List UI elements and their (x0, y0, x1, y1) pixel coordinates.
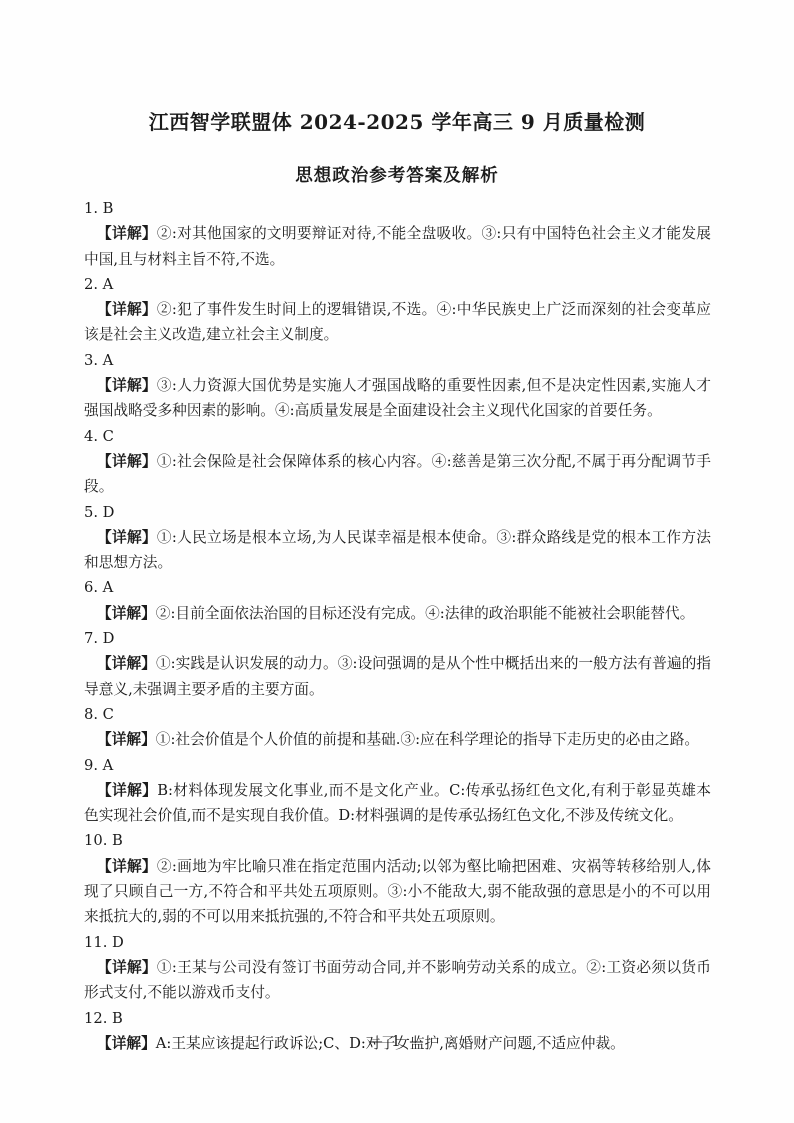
detail-text: ①:人民立场是根本立场,为人民谋幸福是根本使命。③:群众路线是党的根本工作方法和… (84, 529, 711, 571)
document-title: 江西智学联盟体 2024-2025 学年高三 9 月质量检测 (0, 106, 794, 135)
detail-text: ①:社会价值是个人价值的前提和基础.③:应在科学理论的指导下走历史的必由之路。 (156, 731, 699, 748)
explanation: 【详解】②:目前全面依法治国的目标还没有完成。④:法律的政治职能不能被社会职能替… (84, 601, 711, 626)
explanation: 【详解】①:社会价值是个人价值的前提和基础.③:应在科学理论的指导下走历史的必由… (84, 727, 711, 752)
detail-text: ②:犯了事件发生时间上的逻辑错误,不选。④:中华民族史上广泛而深刻的社会变革应该… (84, 301, 711, 343)
answer-number: 11. D (84, 930, 711, 955)
answer-item-5: 5. D 【详解】①:人民立场是根本立场,为人民谋幸福是根本使命。③:群众路线是… (84, 500, 711, 576)
detail-label: 【详解】 (97, 529, 157, 546)
answer-item-9: 9. A 【详解】B:材料体现发展文化事业,而不是文化产业。C:传承弘扬红色文化… (84, 753, 711, 829)
detail-text: ①:实践是认识发展的动力。③:设问强调的是从个性中概括出来的一般方法有普遍的指导… (84, 655, 711, 697)
detail-label: 【详解】 (97, 377, 157, 394)
answer-number: 4. C (84, 424, 711, 449)
detail-text: ②:对其他国家的文明要辩证对待,不能全盘吸收。③:只有中国特色社会主义才能发展中… (84, 225, 711, 267)
answer-number: 2. A (84, 272, 711, 297)
answer-number: 6. A (84, 575, 711, 600)
answer-item-6: 6. A 【详解】②:目前全面依法治国的目标还没有完成。④:法律的政治职能不能被… (84, 575, 711, 626)
answer-number: 12. B (84, 1006, 711, 1031)
explanation: 【详解】②:犯了事件发生时间上的逻辑错误,不选。④:中华民族史上广泛而深刻的社会… (84, 297, 711, 348)
detail-label: 【详解】 (97, 605, 156, 622)
answer-number: 1. B (84, 196, 711, 221)
explanation: 【详解】①:王某与公司没有签订书面劳动合同,并不影响劳动关系的成立。②:工资必须… (84, 955, 711, 1006)
explanation: 【详解】②:画地为牢比喻只准在指定范围内活动;以邻为壑比喻把困难、灾祸等转移给别… (84, 854, 711, 930)
detail-text: ②:目前全面依法治国的目标还没有完成。④:法律的政治职能不能被社会职能替代。 (156, 605, 695, 622)
answer-item-8: 8. C 【详解】①:社会价值是个人价值的前提和基础.③:应在科学理论的指导下走… (84, 702, 711, 753)
answer-item-11: 11. D 【详解】①:王某与公司没有签订书面劳动合同,并不影响劳动关系的成立。… (84, 930, 711, 1006)
answer-item-10: 10. B 【详解】②:画地为牢比喻只准在指定范围内活动;以邻为壑比喻把困难、灾… (84, 828, 711, 929)
detail-label: 【详解】 (97, 453, 157, 470)
detail-label: 【详解】 (97, 655, 156, 672)
detail-label: 【详解】 (97, 959, 157, 976)
page-number: — 1 — (0, 1030, 794, 1055)
answer-number: 3. A (84, 348, 711, 373)
answer-number: 9. A (84, 753, 711, 778)
detail-label: 【详解】 (97, 301, 157, 318)
answer-number: 5. D (84, 500, 711, 525)
detail-label: 【详解】 (97, 731, 156, 748)
detail-text: ②:画地为牢比喻只准在指定范围内活动;以邻为壑比喻把困难、灾祸等转移给别人,体现… (84, 858, 711, 926)
answer-number: 10. B (84, 828, 711, 853)
answer-list: 1. B 【详解】②:对其他国家的文明要辩证对待,不能全盘吸收。③:只有中国特色… (84, 196, 711, 1056)
explanation: 【详解】②:对其他国家的文明要辩证对待,不能全盘吸收。③:只有中国特色社会主义才… (84, 221, 711, 272)
detail-label: 【详解】 (97, 858, 157, 875)
explanation: 【详解】①:实践是认识发展的动力。③:设问强调的是从个性中概括出来的一般方法有普… (84, 651, 711, 702)
detail-label: 【详解】 (97, 782, 157, 799)
detail-text: B:材料体现发展文化事业,而不是文化产业。C:传承弘扬红色文化,有利于彰显英雄本… (84, 782, 711, 824)
answer-item-3: 3. A 【详解】③:人力资源大国优势是实施人才强国战略的重要性因素,但不是决定… (84, 348, 711, 424)
explanation: 【详解】①:社会保险是社会保障体系的核心内容。④:慈善是第三次分配,不属于再分配… (84, 449, 711, 500)
explanation: 【详解】B:材料体现发展文化事业,而不是文化产业。C:传承弘扬红色文化,有利于彰… (84, 778, 711, 829)
document-subtitle: 思想政治参考答案及解析 (0, 162, 794, 187)
answer-item-2: 2. A 【详解】②:犯了事件发生时间上的逻辑错误,不选。④:中华民族史上广泛而… (84, 272, 711, 348)
answer-number: 8. C (84, 702, 711, 727)
detail-text: ①:王某与公司没有签订书面劳动合同,并不影响劳动关系的成立。②:工资必须以货币形… (84, 959, 711, 1001)
detail-text: ①:社会保险是社会保障体系的核心内容。④:慈善是第三次分配,不属于再分配调节手段… (84, 453, 711, 495)
explanation: 【详解】①:人民立场是根本立场,为人民谋幸福是根本使命。③:群众路线是党的根本工… (84, 525, 711, 576)
answer-item-4: 4. C 【详解】①:社会保险是社会保障体系的核心内容。④:慈善是第三次分配,不… (84, 424, 711, 500)
answer-number: 7. D (84, 626, 711, 651)
explanation: 【详解】③:人力资源大国优势是实施人才强国战略的重要性因素,但不是决定性因素,实… (84, 373, 711, 424)
detail-label: 【详解】 (97, 225, 157, 242)
detail-text: ③:人力资源大国优势是实施人才强国战略的重要性因素,但不是决定性因素,实施人才强… (84, 377, 711, 419)
document-page: 江西智学联盟体 2024-2025 学年高三 9 月质量检测 思想政治参考答案及… (0, 0, 794, 1123)
answer-item-1: 1. B 【详解】②:对其他国家的文明要辩证对待,不能全盘吸收。③:只有中国特色… (84, 196, 711, 272)
answer-item-7: 7. D 【详解】①:实践是认识发展的动力。③:设问强调的是从个性中概括出来的一… (84, 626, 711, 702)
document-header: 江西智学联盟体 2024-2025 学年高三 9 月质量检测 思想政治参考答案及… (0, 0, 794, 187)
